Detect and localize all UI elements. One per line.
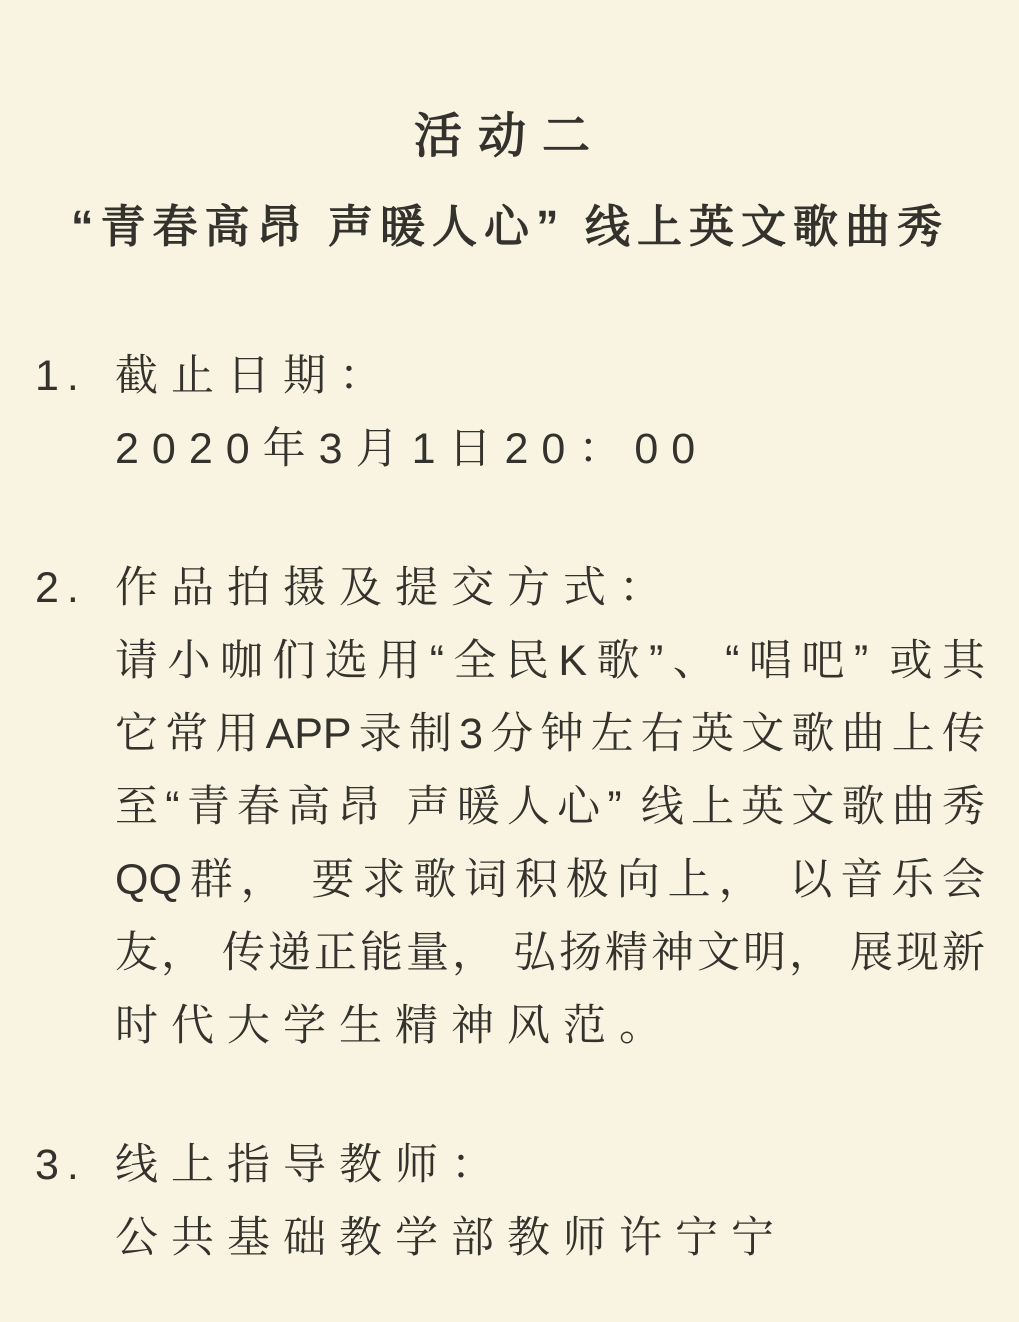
activity-subtitle: “青春高昂 声暖人心” 线上英文歌曲秀 <box>35 190 985 264</box>
body-line: 它常用APP录制3分钟左右英文歌曲上传 <box>115 698 985 771</box>
list-item-submission: 2. 作品拍摄及提交方式： 请小咖们选用“全民K歌”、“唱吧” 或其 它常用AP… <box>35 552 985 1063</box>
item-body: 请小咖们选用“全民K歌”、“唱吧” 或其 它常用APP录制3分钟左右英文歌曲上传… <box>115 625 985 1063</box>
body-line: 2020年3月1日20：00 <box>115 413 985 486</box>
announcement-page: 活动二 “青春高昂 声暖人心” 线上英文歌曲秀 1. 截止日期： 2020年3月… <box>0 0 1019 1322</box>
numbered-list: 1. 截止日期： 2020年3月1日20：00 2. 作品拍摄及提交方式： 请小… <box>35 340 985 1275</box>
item-heading: 2. 作品拍摄及提交方式： <box>35 552 985 625</box>
item-heading-label: 线上指导教师： <box>115 1129 507 1202</box>
item-heading: 3. 线上指导教师： <box>35 1129 985 1202</box>
item-body: 2020年3月1日20：00 <box>115 413 985 486</box>
list-item-deadline: 1. 截止日期： 2020年3月1日20：00 <box>35 340 985 486</box>
body-line: 请小咖们选用“全民K歌”、“唱吧” 或其 <box>115 625 985 698</box>
item-number: 2. <box>35 552 115 625</box>
item-heading-label: 作品拍摄及提交方式： <box>115 552 675 625</box>
list-item-instructor: 3. 线上指导教师： 公共基础教学部教师许宁宁 <box>35 1129 985 1275</box>
item-number: 3. <box>35 1129 115 1202</box>
activity-title: 活动二 <box>35 100 985 174</box>
item-number: 1. <box>35 340 115 413</box>
item-body: 公共基础教学部教师许宁宁 <box>115 1202 985 1275</box>
body-line: QQ群， 要求歌词积极向上， 以音乐会 <box>115 844 985 917</box>
body-line: 时代大学生精神风范。 <box>115 990 985 1063</box>
body-line: 友， 传递正能量， 弘扬精神文明， 展现新 <box>115 917 985 990</box>
item-heading-label: 截止日期： <box>115 340 395 413</box>
item-heading: 1. 截止日期： <box>35 340 985 413</box>
body-line: 至“青春高昂 声暖人心” 线上英文歌曲秀 <box>115 771 985 844</box>
body-line: 公共基础教学部教师许宁宁 <box>115 1202 985 1275</box>
